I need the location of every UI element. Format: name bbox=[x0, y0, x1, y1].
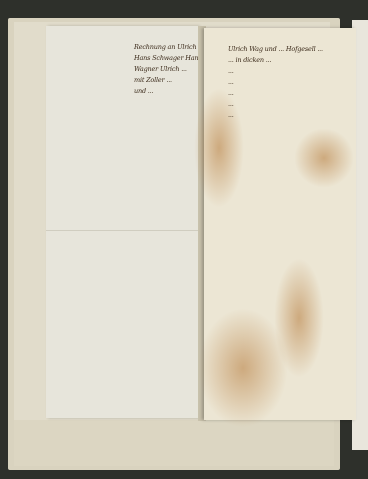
right-page-text: Ulrich Wag und ... Hofgesell ... ... in … bbox=[228, 44, 323, 121]
note-line: Rechnung an Ulrich bbox=[134, 42, 202, 53]
right-page: Ulrich Wag und ... Hofgesell ... ... in … bbox=[204, 28, 356, 420]
note-line: und ... bbox=[134, 86, 202, 97]
water-stain bbox=[274, 258, 324, 378]
note-line: Hans Schwager Hans bbox=[134, 53, 202, 64]
left-page-note: Rechnung an Ulrich Hans Schwager Hans Wa… bbox=[134, 42, 202, 97]
text-line: Ulrich Wag und ... Hofgesell ... bbox=[228, 44, 323, 55]
left-page: Rechnung an Ulrich Hans Schwager Hans Wa… bbox=[46, 26, 198, 418]
text-line: ... bbox=[228, 110, 323, 121]
water-stain bbox=[294, 128, 354, 188]
text-line: ... bbox=[228, 88, 323, 99]
note-line: mit Zoller ... bbox=[134, 75, 202, 86]
note-line: Wagner Ulrich ... bbox=[134, 64, 202, 75]
bottom-paper-edge bbox=[14, 420, 334, 466]
text-line: ... bbox=[228, 66, 323, 77]
text-line: ... in dicken ... bbox=[228, 55, 323, 66]
text-line: ... bbox=[228, 77, 323, 88]
text-line: ... bbox=[228, 99, 323, 110]
fold-line bbox=[46, 230, 198, 231]
